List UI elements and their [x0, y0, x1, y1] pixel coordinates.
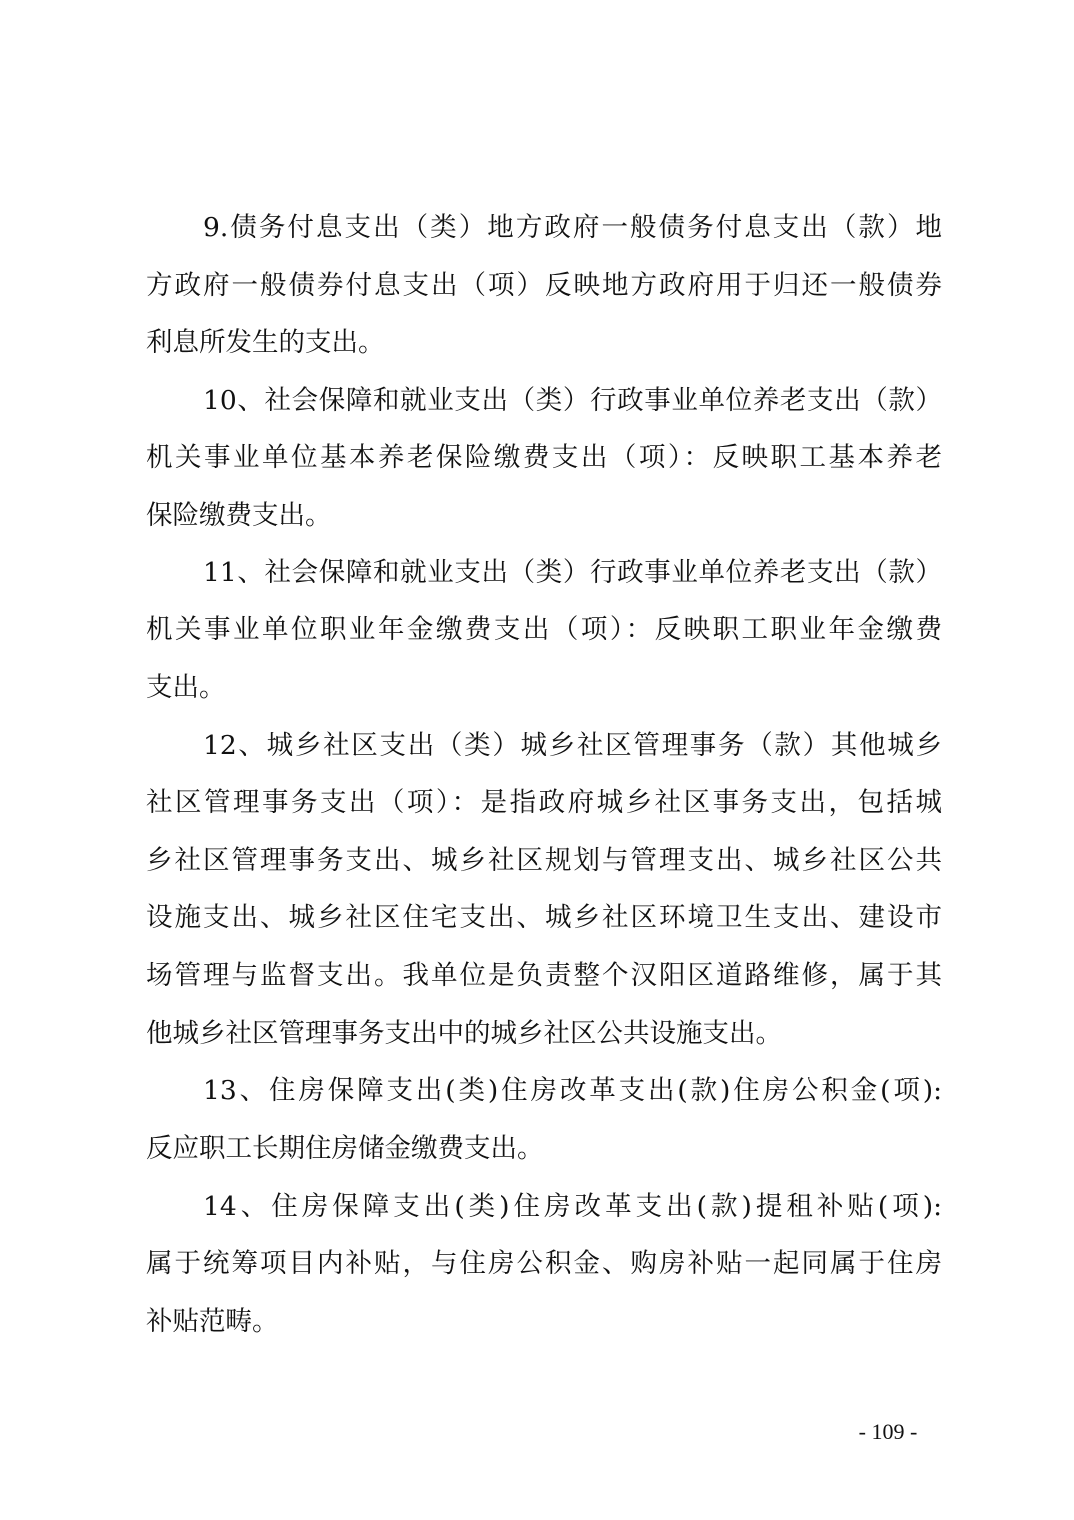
paragraph-line: 属于统筹项目内补贴，与住房公积金、购房补贴一起同属于住房 [146, 1244, 942, 1284]
paragraph-line: 反应职工长期住房储金缴费支出。 [146, 1129, 942, 1169]
paragraph-line: 机关事业单位职业年金缴费支出（项）：反映职工职业年金缴费 [146, 610, 942, 650]
paragraph-line: 他城乡社区管理事务支出中的城乡社区公共设施支出。 [146, 1014, 942, 1054]
paragraph-line: 12、城乡社区支出（类）城乡社区管理事务（款）其他城乡 [203, 726, 942, 766]
paragraph-line: 设施支出、城乡社区住宅支出、城乡社区环境卫生支出、建设市 [146, 898, 942, 938]
paragraph-line: 10、社会保障和就业支出（类）行政事业单位养老支出（款） [203, 381, 942, 421]
paragraph-line: 保险缴费支出。 [146, 496, 942, 536]
paragraph-line: 乡社区管理事务支出、城乡社区规划与管理支出、城乡社区公共 [146, 841, 942, 881]
paragraph-line: 支出。 [146, 668, 942, 708]
paragraph-line: 补贴范畴。 [146, 1302, 942, 1342]
paragraph-line: 利息所发生的支出。 [146, 323, 942, 363]
paragraph-line: 14、住房保障支出(类)住房改革支出(款)提租补贴(项): [203, 1187, 942, 1227]
paragraph-line: 社区管理事务支出（项）：是指政府城乡社区事务支出，包括城 [146, 783, 942, 823]
paragraph-line: 13、住房保障支出(类)住房改革支出(款)住房公积金(项): [203, 1071, 942, 1111]
paragraph-line: 11、社会保障和就业支出（类）行政事业单位养老支出（款） [203, 553, 942, 593]
paragraph-line: 场管理与监督支出。我单位是负责整个汉阳区道路维修，属于其 [146, 956, 942, 996]
paragraph-line: 9.债务付息支出（类）地方政府一般债务付息支出（款）地 [203, 208, 942, 248]
page-number: - 109 - [828, 1417, 948, 1447]
paragraph-line: 方政府一般债券付息支出（项）反映地方政府用于归还一般债券 [146, 266, 942, 306]
document-page: 9.债务付息支出（类）地方政府一般债务付息支出（款）地 方政府一般债券付息支出（… [0, 0, 1074, 1520]
paragraph-line: 机关事业单位基本养老保险缴费支出（项）：反映职工基本养老 [146, 438, 942, 478]
